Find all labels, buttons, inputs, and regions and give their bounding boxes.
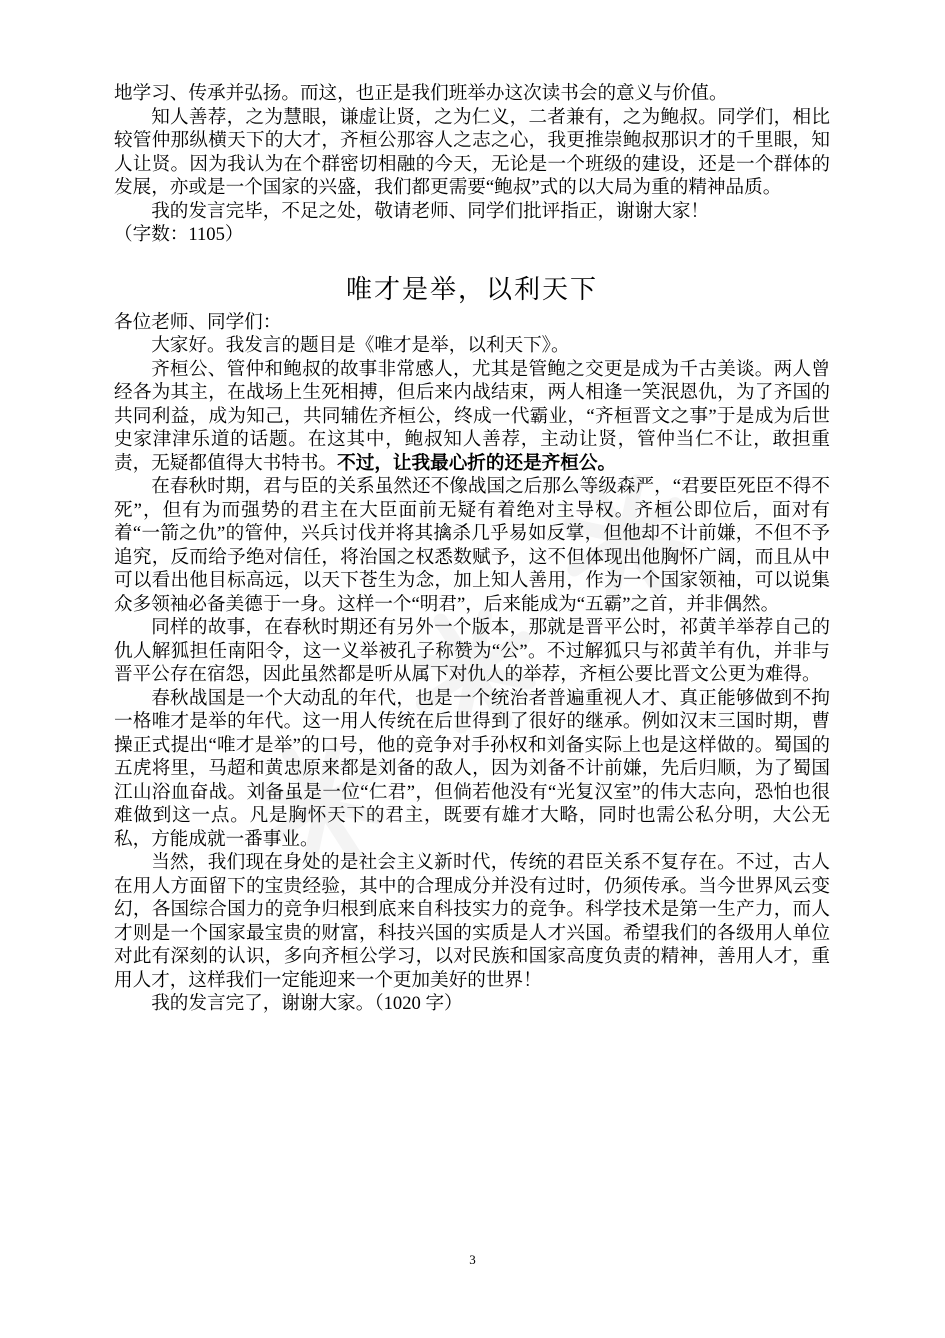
paragraph: 知人善荐，之为慧眼，谦虚让贤，之为仁义，二者兼有，之为鲍叔。同学们，相比较管仲那… <box>114 106 830 200</box>
text-run: 我的发言完了，谢谢大家。（1020 字） <box>151 993 462 1014</box>
bold-emphasis: 不过，让我最心折的还是齐桓公。 <box>337 453 616 474</box>
text-run: 各位老师、同学们： <box>114 312 281 333</box>
page-number: 3 <box>0 1252 945 1268</box>
paragraph: 当然，我们现在身处的是社会主义新时代，传统的君臣关系不复存在。不过，古人在用人方… <box>114 851 830 992</box>
speech-title: 唯才是举，以利天下 <box>114 275 830 305</box>
text-run: 同样的故事，在春秋时期还有另外一个版本，那就是晋平公时，祁黄羊举荐自己的仇人解狐… <box>114 617 830 685</box>
paragraph: 齐桓公、管仲和鲍叔的故事非常感人，尤其是管鲍之交更是成为千古美谈。两人曾经各为其… <box>114 358 830 476</box>
text-run: 唯才是举，以利天下 <box>346 275 598 304</box>
paragraph: 大家好。我发言的题目是《唯才是举，以利天下》。 <box>114 334 830 358</box>
word-count-note: （字数：1105） <box>114 223 830 247</box>
salutation: 各位老师、同学们： <box>114 311 830 335</box>
text-run: 春秋战国是一个大动乱的年代，也是一个统治者普遍重视人才、真正能够做到不拘一格唯才… <box>114 688 830 850</box>
page: 地学习、传承并弘扬。而这，也正是我们班举办这次读书会的意义与价值。知人善荐，之为… <box>0 0 945 1338</box>
text-run: 我的发言完毕，不足之处，敬请老师、同学们批评指正，谢谢大家！ <box>151 201 709 222</box>
text-run: （字数：1105） <box>114 224 243 245</box>
text-run: 在春秋时期，君与臣的关系虽然还不像战国之后那么等级森严，“君要臣死臣不得不死”，… <box>114 476 830 615</box>
paragraph: 同样的故事，在春秋时期还有另外一个版本，那就是晋平公时，祁黄羊举荐自己的仇人解狐… <box>114 616 830 687</box>
closing-line: 我的发言完毕，不足之处，敬请老师、同学们批评指正，谢谢大家！ <box>114 200 830 224</box>
paragraph: 在春秋时期，君与臣的关系虽然还不像战国之后那么等级森严，“君要臣死臣不得不死”，… <box>114 475 830 616</box>
text-run: 知人善荐，之为慧眼，谦虚让贤，之为仁义，二者兼有，之为鲍叔。同学们，相比较管仲那… <box>114 107 830 199</box>
closing-line: 我的发言完了，谢谢大家。（1020 字） <box>114 992 830 1016</box>
text-run: 地学习、传承并弘扬。而这，也正是我们班举办这次读书会的意义与价值。 <box>114 83 728 104</box>
document-content: 地学习、传承并弘扬。而这，也正是我们班举办这次读书会的意义与价值。知人善荐，之为… <box>114 82 830 1016</box>
text-run: 大家好。我发言的题目是《唯才是举，以利天下》。 <box>151 335 569 356</box>
paragraph: 春秋战国是一个大动乱的年代，也是一个统治者普遍重视人才、真正能够做到不拘一格唯才… <box>114 687 830 852</box>
text-run: 当然，我们现在身处的是社会主义新时代，传统的君臣关系不复存在。不过，古人在用人方… <box>114 852 830 991</box>
paragraph-continuation: 地学习、传承并弘扬。而这，也正是我们班举办这次读书会的意义与价值。 <box>114 82 830 106</box>
